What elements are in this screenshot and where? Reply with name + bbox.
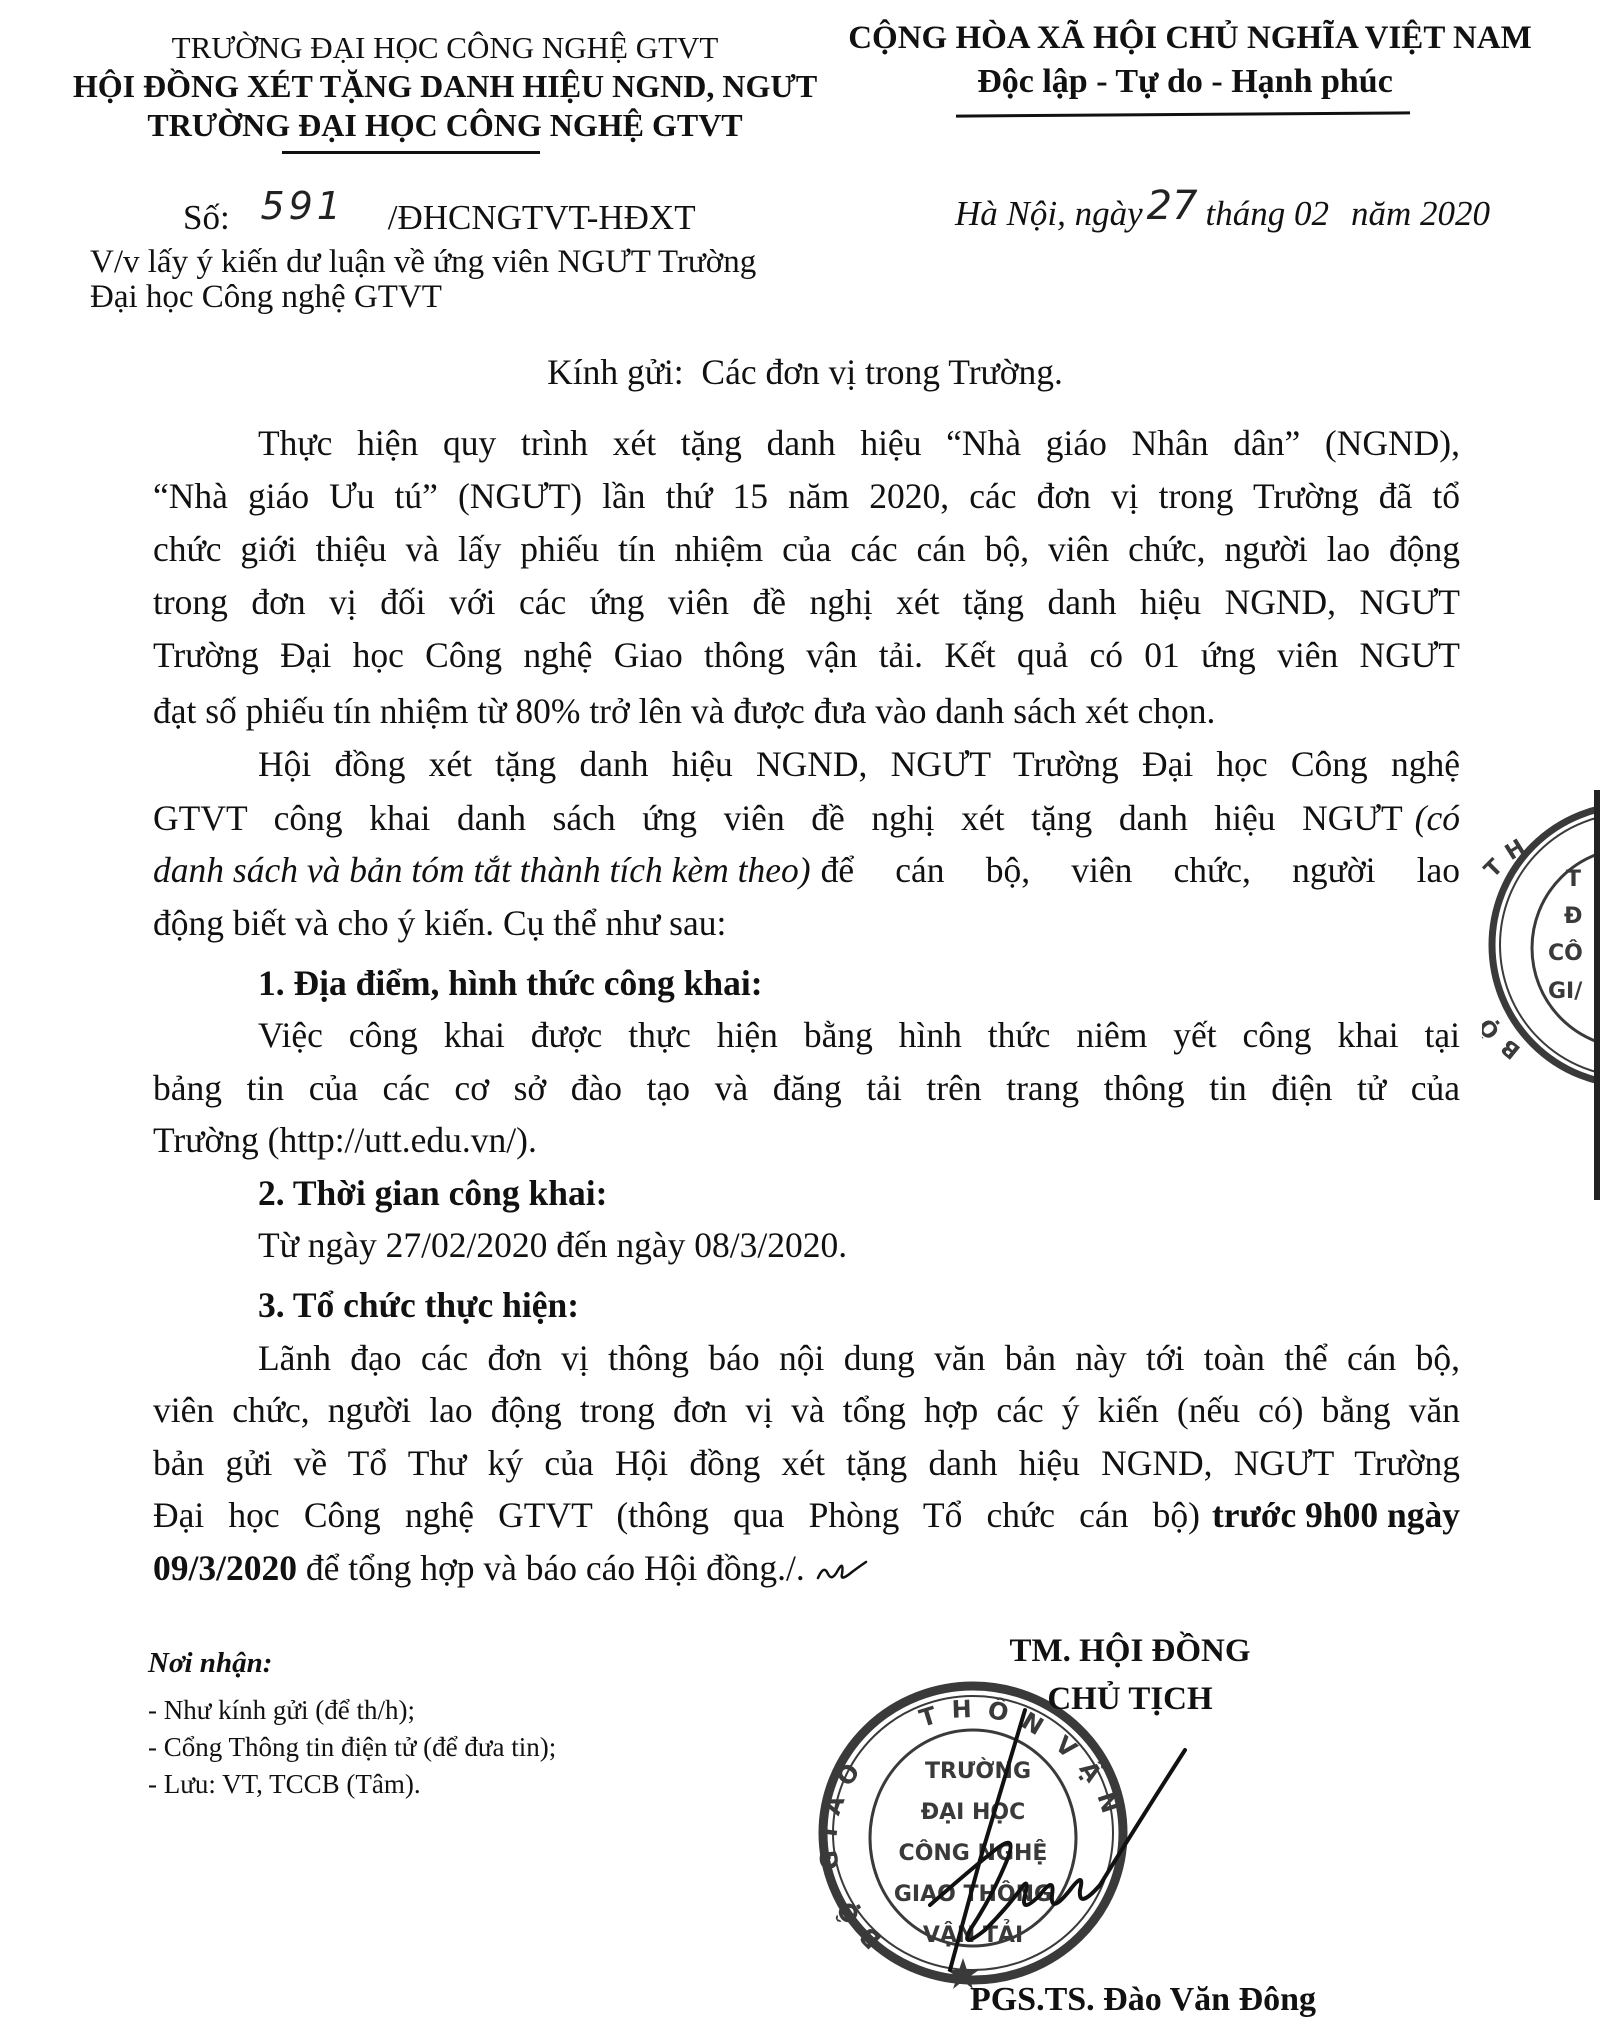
paragraph1-line: chức giới thiệu và lấy phiếu tín nhiệm c… bbox=[153, 527, 1460, 571]
paragraph2-line2-italic: (có bbox=[1415, 796, 1460, 840]
national-title: CỘNG HÒA XÃ HỘI CHỦ NGHĨA VIỆT NAM bbox=[840, 18, 1540, 58]
document-number-label: Số: bbox=[183, 198, 230, 237]
signature-on-behalf: TM. HỘI ĐỒNG bbox=[930, 1630, 1330, 1672]
section1-line: Trường (http://utt.edu.vn/). bbox=[153, 1118, 1460, 1162]
paragraph1-line: đạt số phiếu tín nhiệm từ 80% trở lên và… bbox=[153, 689, 1460, 733]
date-prefix: Hà Nội, ngày bbox=[955, 194, 1143, 233]
subject-line-1: V/v lấy ý kiến dư luận về ứng viên NGƯT … bbox=[90, 242, 756, 282]
section3-deadline-date: 09/3/2020 bbox=[153, 1548, 297, 1588]
edge-stamp-inner-line: CÔ bbox=[1548, 940, 1583, 966]
document-number-handwritten: 591 bbox=[260, 184, 345, 228]
signer-name: PGS.TS. Đào Văn Đông bbox=[943, 1978, 1343, 2022]
edge-stamp-inner-line: GI/ bbox=[1548, 979, 1583, 1004]
paragraph2-line3-text: để cán bộ, viên chức, người lao bbox=[821, 848, 1460, 892]
signature bbox=[910, 1700, 1230, 2000]
edge-seal-stamp: BỘ GIAO TH T Đ CÔ GI/ bbox=[1482, 798, 1600, 1098]
header-right-underline bbox=[956, 111, 1410, 117]
date-year: năm 2020 bbox=[1351, 194, 1490, 233]
section3-line: bản gửi về Tổ Thư ký của Hội đồng xét tặ… bbox=[153, 1441, 1460, 1485]
issuer-council-name: HỘI ĐỒNG XÉT TẶNG DANH HIỆU NGND, NGƯT bbox=[70, 66, 820, 106]
document-number-suffix: /ĐHCNGTVT-HĐXT bbox=[388, 198, 696, 237]
paragraph2-line2-text: GTVT công khai danh sách ứng viên đề ngh… bbox=[153, 796, 1403, 840]
paragraph2-line: danh sách và bản tóm tắt thành tích kèm … bbox=[153, 848, 1460, 892]
paragraph1-line: Thực hiện quy trình xét tặng danh hiệu “… bbox=[258, 421, 1460, 465]
section3-line: 09/3/2020 để tổng hợp và báo cáo Hội đồn… bbox=[153, 1546, 1460, 1590]
recipient-salutation: Kính gửi: Các đơn vị trong Trường. bbox=[0, 350, 1600, 394]
document-number: Số: 591 /ĐHCNGTVT-HĐXT bbox=[183, 194, 696, 240]
recipients-item: - Như kính gửi (để th/h); bbox=[148, 1692, 415, 1729]
initial-mark-icon bbox=[810, 1556, 870, 1586]
paragraph1-line: Trường Đại học Công nghệ Giao thông vận … bbox=[153, 633, 1460, 677]
signature-position: CHỦ TỊCH bbox=[930, 1678, 1330, 1720]
section1-line: bảng tin của các cơ sở đào tạo và đăng t… bbox=[153, 1066, 1460, 1110]
section3-line: viên chức, người lao động trong đơn vị v… bbox=[153, 1388, 1460, 1432]
date-month: tháng 02 bbox=[1206, 194, 1329, 233]
date-line: Hà Nội, ngày27tháng 02năm 2020 bbox=[955, 190, 1490, 236]
issuer-school-name: TRƯỜNG ĐẠI HỌC CÔNG NGHỆ GTVT bbox=[120, 28, 770, 68]
page-edge-strip bbox=[1594, 790, 1600, 1200]
paragraph1-line: “Nhà giáo Ưu tú” (NGƯT) lần thứ 15 năm 2… bbox=[153, 474, 1460, 518]
section3-line: Đại học Công nghệ GTVT (thông qua Phòng … bbox=[153, 1493, 1460, 1537]
header-left-underline bbox=[282, 151, 540, 154]
recipients-title: Nơi nhận: bbox=[148, 1644, 272, 1682]
subject-line-2: Đại học Công nghệ GTVT bbox=[90, 277, 442, 317]
national-motto: Độc lập - Tự do - Hạnh phúc bbox=[940, 62, 1430, 102]
paragraph2-line3-italic: danh sách và bản tóm tắt thành tích kèm … bbox=[153, 848, 811, 892]
section1-line: Việc công khai được thực hiện bằng hình … bbox=[258, 1013, 1460, 1057]
paragraph2-line: Hội đồng xét tặng danh hiệu NGND, NGƯT T… bbox=[258, 742, 1460, 786]
paragraph2-line: động biết và cho ý kiến. Cụ thể như sau: bbox=[153, 901, 1460, 945]
section2-heading: 2. Thời gian công khai: bbox=[258, 1171, 1460, 1215]
section2-text: Từ ngày 27/02/2020 đến ngày 08/3/2020. bbox=[258, 1223, 1460, 1267]
recipients-item: - Cổng Thông tin điện tử (để đưa tin); bbox=[148, 1729, 556, 1766]
section3-deadline: trước 9h00 ngày bbox=[1212, 1493, 1460, 1537]
paragraph2-line: GTVT công khai danh sách ứng viên đề ngh… bbox=[153, 796, 1460, 840]
date-day-handwritten: 27 bbox=[1147, 184, 1198, 228]
section3-line: Lãnh đạo các đơn vị thông báo nội dung v… bbox=[258, 1336, 1460, 1380]
section3-heading: 3. Tổ chức thực hiện: bbox=[258, 1283, 1460, 1327]
section3-line5-text: để tổng hợp và báo cáo Hội đồng./. bbox=[306, 1548, 805, 1588]
edge-stamp-inner-line: Đ bbox=[1564, 904, 1582, 929]
paragraph1-line: trong đơn vị đối với các ứng viên đề ngh… bbox=[153, 580, 1460, 624]
section3-line4-text: Đại học Công nghệ GTVT (thông qua Phòng … bbox=[153, 1493, 1200, 1537]
edge-stamp-inner-line: T bbox=[1566, 867, 1581, 892]
issuer-council-school: TRƯỜNG ĐẠI HỌC CÔNG NGHỆ GTVT bbox=[120, 105, 770, 145]
recipients-item: - Lưu: VT, TCCB (Tâm). bbox=[148, 1766, 421, 1803]
section1-heading: 1. Địa điểm, hình thức công khai: bbox=[258, 961, 1460, 1005]
